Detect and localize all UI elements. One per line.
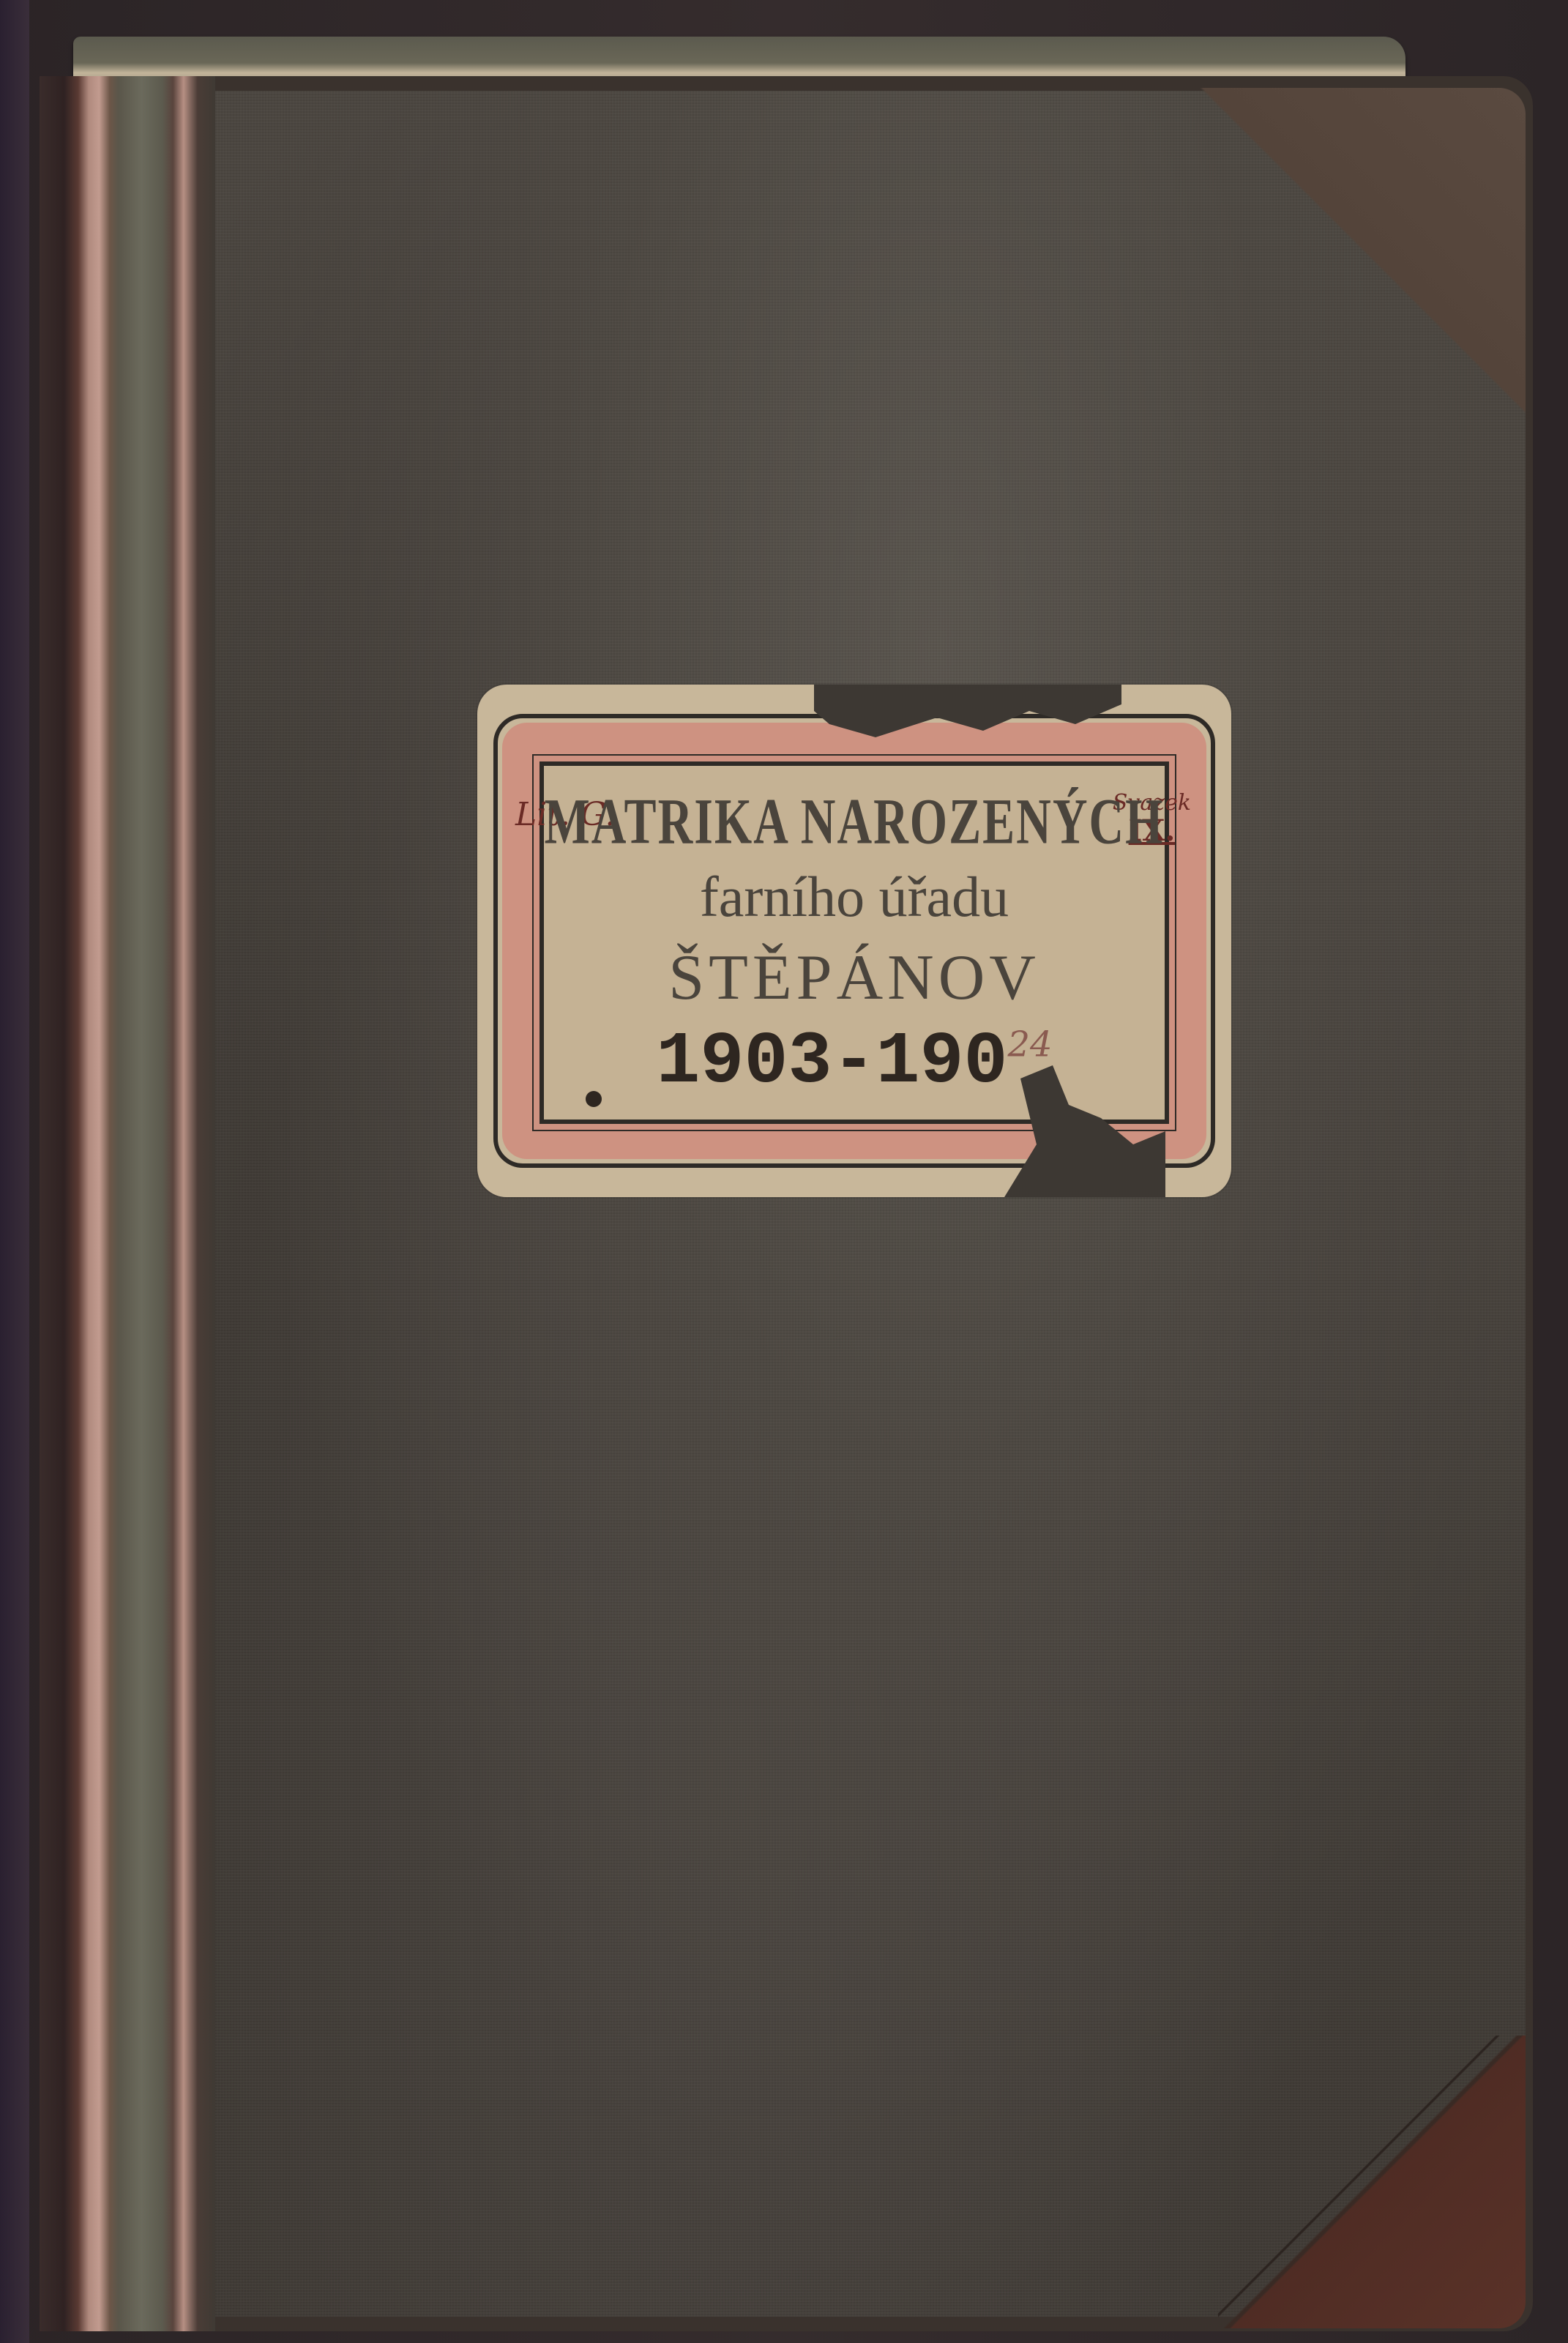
label-parish: ŠTĚPÁNOV bbox=[477, 941, 1231, 1015]
leather-spine bbox=[40, 76, 215, 2331]
cover-label: Lit. G. Svazek IX. MATRIKA NAROZENÝCH fa… bbox=[477, 685, 1231, 1197]
years-printed: 1903-190 bbox=[656, 1021, 1007, 1104]
label-subtitle: farního úřadu bbox=[477, 864, 1231, 930]
cloth-board bbox=[215, 91, 1526, 2317]
leather-corner-top-right bbox=[1196, 88, 1526, 417]
label-dot-ornament bbox=[586, 1091, 602, 1107]
label-title: MATRIKA NAROZENÝCH bbox=[477, 785, 1231, 860]
years-handwritten: 24 bbox=[1008, 1024, 1053, 1065]
adjacent-book-edge bbox=[0, 0, 29, 2343]
corner-tooling-line bbox=[1218, 2035, 1526, 2328]
